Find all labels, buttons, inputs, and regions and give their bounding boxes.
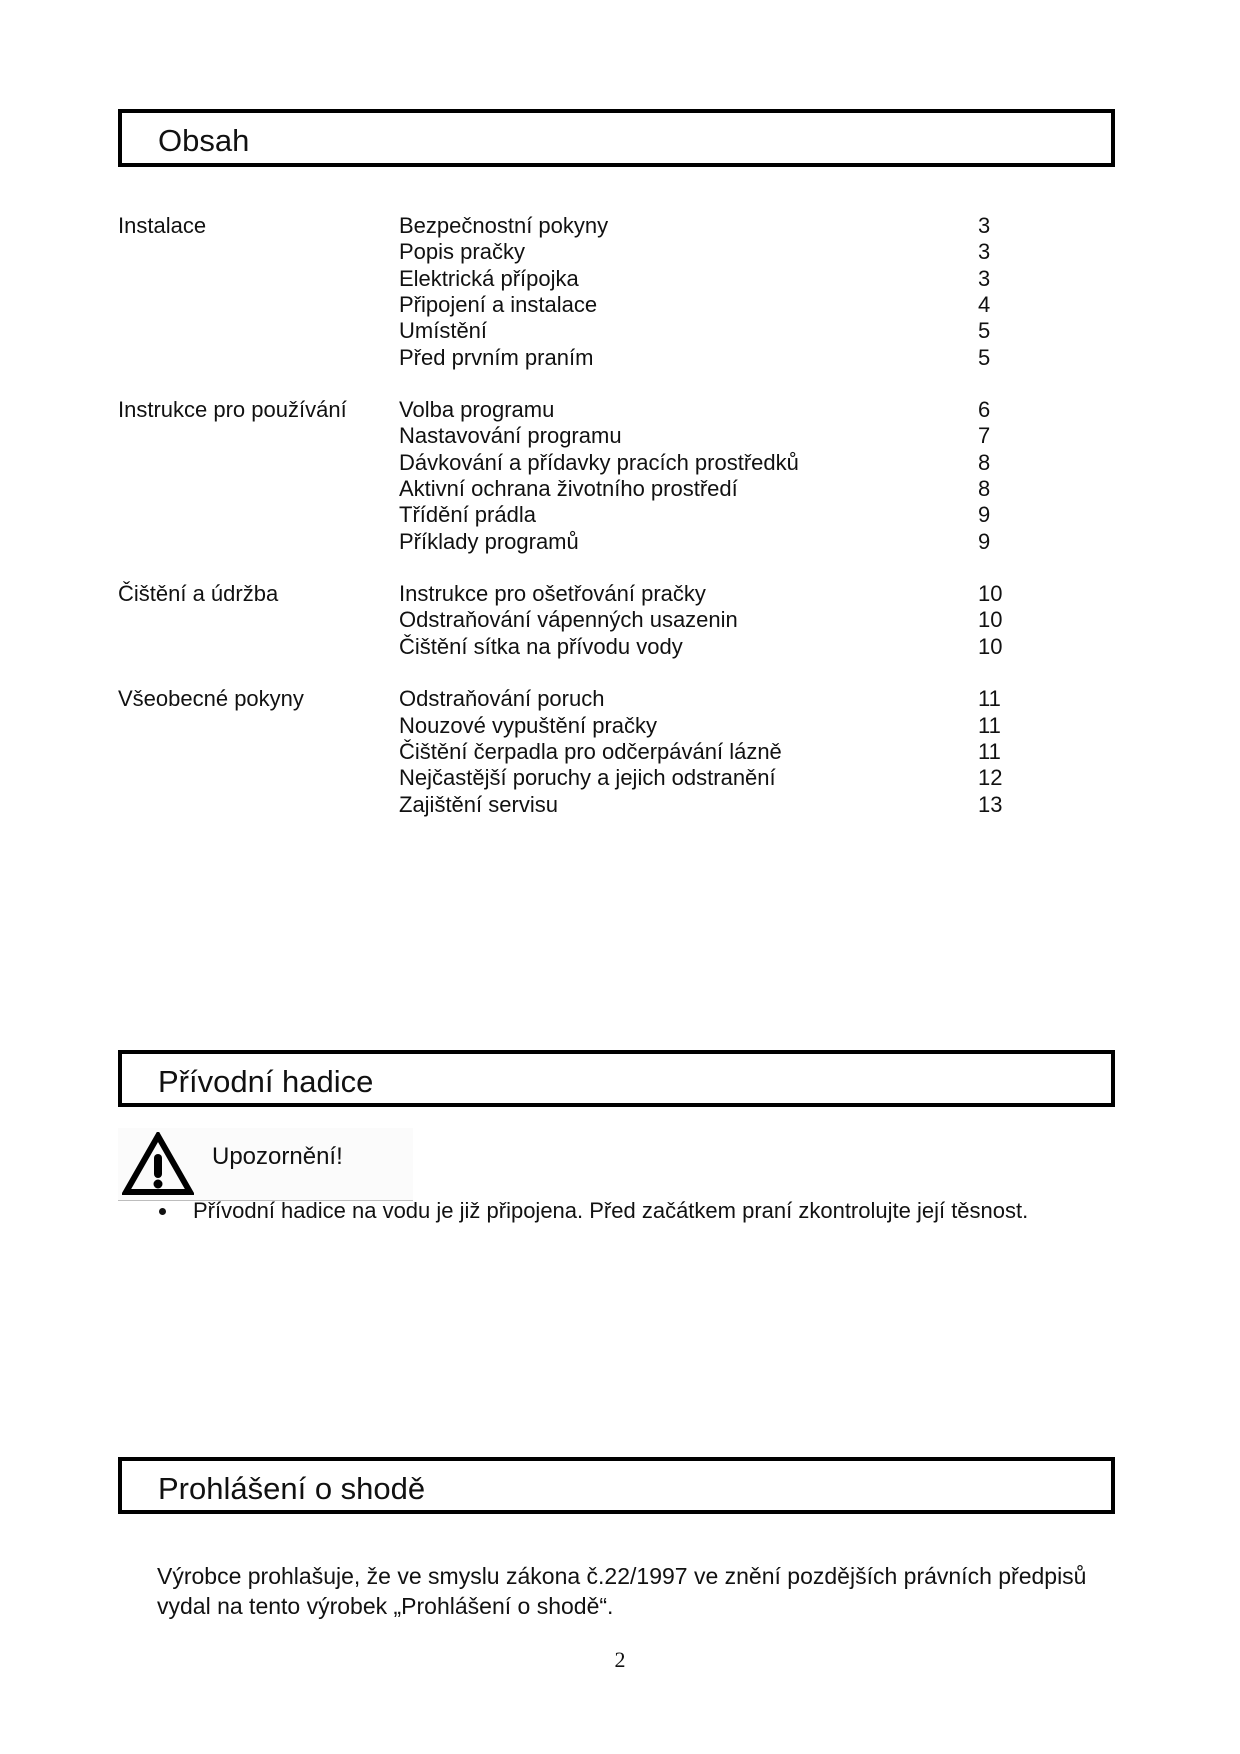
toc-entry-page: 10	[978, 607, 1002, 633]
toc-entry[interactable]: Odstraňování vápenných usazenin10	[0, 607, 1240, 633]
toc-entry-title: Bezpečnostní pokyny	[399, 213, 608, 239]
list-item: Přívodní hadice na vodu je již připojena…	[155, 1198, 1028, 1224]
bullet-text: Přívodní hadice na vodu je již připojena…	[193, 1198, 1028, 1223]
toc-entry[interactable]: Zajištění servisu13	[0, 792, 1240, 818]
toc-entry[interactable]: Elektrická přípojka3	[0, 266, 1240, 292]
warning-notice: Upozornění!	[118, 1128, 413, 1201]
toc-entry-title: Před prvním praním	[399, 345, 593, 371]
warning-triangle-icon	[122, 1132, 194, 1196]
toc-entry-title: Dávkování a přídavky pracích prostředků	[399, 450, 799, 476]
toc-entry[interactable]: Umístění5	[0, 318, 1240, 344]
toc-entry[interactable]: Volba programu6	[0, 397, 1240, 423]
toc-entry-page: 9	[978, 502, 990, 528]
toc-entry-page: 5	[978, 345, 990, 371]
toc-entry[interactable]: Nouzové vypuštění pračky11	[0, 713, 1240, 739]
toc-entry[interactable]: Nejčastější poruchy a jejich odstranění1…	[0, 765, 1240, 791]
toc-entry[interactable]: Čištění čerpadla pro odčerpávání lázně11	[0, 739, 1240, 765]
toc-entry[interactable]: Příklady programů9	[0, 529, 1240, 555]
toc-entry[interactable]: Bezpečnostní pokyny3	[0, 213, 1240, 239]
toc-entry-title: Čištění čerpadla pro odčerpávání lázně	[399, 739, 782, 765]
toc-entry-page: 3	[978, 266, 990, 292]
toc-entry-page: 3	[978, 239, 990, 265]
warning-label: Upozornění!	[212, 1145, 343, 1169]
toc-entry-title: Odstraňování vápenných usazenin	[399, 607, 738, 633]
toc-entry-title: Umístění	[399, 318, 487, 344]
toc-entry-title: Nastavování programu	[399, 423, 622, 449]
contents-heading-box: Obsah	[118, 109, 1115, 167]
toc-entry-title: Odstraňování poruch	[399, 686, 604, 712]
toc-entry-page: 12	[978, 765, 1002, 791]
toc-entry-title: Příklady programů	[399, 529, 579, 555]
toc-entry-page: 10	[978, 581, 1002, 607]
hose-heading-box: Přívodní hadice	[118, 1050, 1115, 1107]
contents-heading: Obsah	[158, 125, 249, 156]
toc-entry-page: 6	[978, 397, 990, 423]
toc-entry-page: 8	[978, 476, 990, 502]
toc-entry[interactable]: Aktivní ochrana životního prostředí8	[0, 476, 1240, 502]
toc-entry-title: Popis pračky	[399, 239, 525, 265]
toc-entry-title: Volba programu	[399, 397, 554, 423]
toc-entry-page: 3	[978, 213, 990, 239]
toc-entry-title: Třídění prádla	[399, 502, 536, 528]
toc-entry-title: Nejčastější poruchy a jejich odstranění	[399, 765, 776, 791]
toc-entry[interactable]: Před prvním praním5	[0, 345, 1240, 371]
toc-entry-page: 13	[978, 792, 1002, 818]
toc-entry-page: 7	[978, 423, 990, 449]
toc-entry-title: Zajištění servisu	[399, 792, 558, 818]
toc-entry[interactable]: Instrukce pro ošetřování pračky10	[0, 581, 1240, 607]
hose-heading: Přívodní hadice	[158, 1066, 373, 1097]
toc-entry-page: 5	[978, 318, 990, 344]
toc-entry-page: 11	[978, 713, 1001, 739]
toc-entry-page: 11	[978, 739, 1001, 765]
toc-entry[interactable]: Připojení a instalace4	[0, 292, 1240, 318]
toc-entry-title: Elektrická přípojka	[399, 266, 579, 292]
toc-entry[interactable]: Odstraňování poruch11	[0, 686, 1240, 712]
conformity-heading-box: Prohlášení o shodě	[118, 1457, 1115, 1514]
bullet-icon	[159, 1208, 166, 1215]
toc-entry-page: 4	[978, 292, 990, 318]
toc-entry-page: 10	[978, 634, 1002, 660]
toc-entry[interactable]: Popis pračky3	[0, 239, 1240, 265]
toc-entry-title: Čištění sítka na přívodu vody	[399, 634, 683, 660]
toc-entry-page: 8	[978, 450, 990, 476]
page-number: 2	[0, 1647, 1240, 1673]
toc-entry-title: Připojení a instalace	[399, 292, 597, 318]
toc-entry-title: Nouzové vypuštění pračky	[399, 713, 657, 739]
toc-entry[interactable]: Nastavování programu7	[0, 423, 1240, 449]
toc-entry-page: 11	[978, 686, 1001, 712]
toc-entry[interactable]: Čištění sítka na přívodu vody10	[0, 634, 1240, 660]
conformity-heading: Prohlášení o shodě	[158, 1473, 425, 1504]
conformity-paragraph: Výrobce prohlašuje, že ve smyslu zákona …	[157, 1561, 1087, 1621]
hose-bullet-list: Přívodní hadice na vodu je již připojena…	[155, 1198, 1028, 1224]
toc-entry[interactable]: Dávkování a přídavky pracích prostředků8	[0, 450, 1240, 476]
toc-entry[interactable]: Třídění prádla9	[0, 502, 1240, 528]
toc-entry-title: Aktivní ochrana životního prostředí	[399, 476, 738, 502]
toc-entry-title: Instrukce pro ošetřování pračky	[399, 581, 706, 607]
toc-entry-page: 9	[978, 529, 990, 555]
